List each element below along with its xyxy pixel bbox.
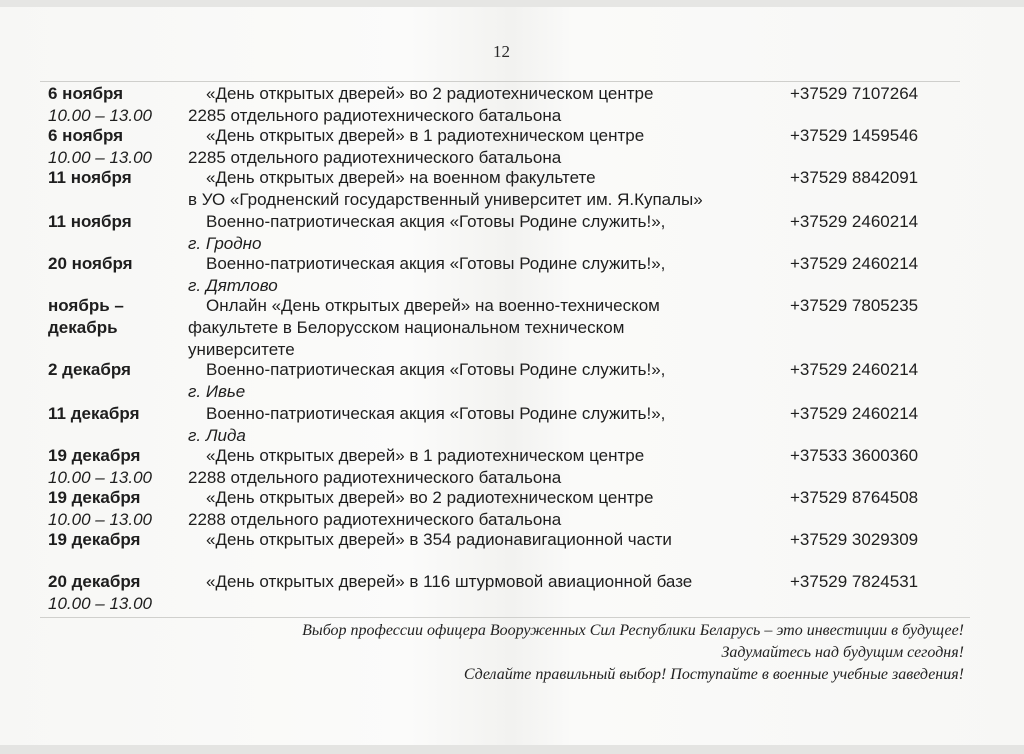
- event-date: декабрь: [48, 318, 118, 338]
- event-phone: +37529 3029309: [790, 530, 918, 550]
- event-date: 19 декабря: [48, 530, 140, 550]
- event-description: факультете в Белорусском национальном те…: [188, 318, 624, 338]
- event-city: г. Дятлово: [188, 276, 278, 296]
- event-phone: +37529 8764508: [790, 488, 918, 508]
- event-phone: +37529 8842091: [790, 168, 918, 188]
- event-description: 2288 отдельного радиотехнического баталь…: [188, 510, 561, 530]
- event-city: г. Гродно: [188, 234, 261, 254]
- event-date: 20 ноября: [48, 254, 133, 274]
- event-description: «День открытых дверей» в 354 радионавига…: [206, 530, 672, 550]
- event-date: 11 ноября: [48, 212, 132, 232]
- event-description: «День открытых дверей» в 1 радиотехничес…: [206, 126, 644, 146]
- event-description: Военно-патриотическая акция «Готовы Роди…: [206, 404, 665, 424]
- event-date: 11 ноября: [48, 168, 132, 188]
- event-description: Военно-патриотическая акция «Готовы Роди…: [206, 212, 665, 232]
- event-description: в УО «Гродненский государственный универ…: [188, 190, 703, 210]
- event-date: 19 декабря: [48, 488, 140, 508]
- event-description: «День открытых дверей» в 1 радиотехничес…: [206, 446, 644, 466]
- event-phone: +37529 7805235: [790, 296, 918, 316]
- event-date: 19 декабря: [48, 446, 140, 466]
- event-date: 2 декабря: [48, 360, 131, 380]
- event-time: 10.00 – 13.00: [48, 148, 152, 168]
- event-date: 6 ноября: [48, 84, 123, 104]
- event-phone: +37529 7824531: [790, 572, 918, 592]
- event-phone: +37529 2460214: [790, 404, 918, 424]
- slogan-line: Задумайтесь над будущим сегодня!: [721, 643, 964, 663]
- slogan-line: Сделайте правильный выбор! Поступайте в …: [464, 665, 964, 685]
- event-time: 10.00 – 13.00: [48, 468, 152, 488]
- event-description: «День открытых дверей» во 2 радиотехниче…: [206, 488, 653, 508]
- event-phone: +37533 3600360: [790, 446, 918, 466]
- event-description: «День открытых дверей» в 116 штурмовой а…: [206, 572, 692, 592]
- event-phone: +37529 2460214: [790, 360, 918, 380]
- event-description: 2285 отдельного радиотехнического баталь…: [188, 106, 561, 126]
- event-description: Военно-патриотическая акция «Готовы Роди…: [206, 360, 665, 380]
- event-description: 2288 отдельного радиотехнического баталь…: [188, 468, 561, 488]
- event-time: 10.00 – 13.00: [48, 510, 152, 530]
- top-divider: [40, 81, 960, 82]
- event-date: ноябрь –: [48, 296, 124, 316]
- event-date: 6 ноября: [48, 126, 123, 146]
- event-time: 10.00 – 13.00: [48, 106, 152, 126]
- event-description: Военно-патриотическая акция «Готовы Роди…: [206, 254, 665, 274]
- slogan-line: Выбор профессии офицера Вооруженных Сил …: [302, 621, 964, 641]
- event-description: Онлайн «День открытых дверей» на военно-…: [206, 296, 660, 316]
- event-time: 10.00 – 13.00: [48, 594, 152, 614]
- scan-top-edge: [0, 0, 1024, 7]
- event-phone: +37529 2460214: [790, 254, 918, 274]
- event-date: 11 декабря: [48, 404, 139, 424]
- scan-bottom-edge: [0, 745, 1024, 754]
- event-phone: +37529 7107264: [790, 84, 918, 104]
- event-description: «День открытых дверей» во 2 радиотехниче…: [206, 84, 653, 104]
- event-date: 20 декабря: [48, 572, 140, 592]
- event-city: г. Ивье: [188, 382, 245, 402]
- event-city: г. Лида: [188, 426, 246, 446]
- page-number: 12: [493, 42, 510, 62]
- event-description: «День открытых дверей» на военном факуль…: [206, 168, 596, 188]
- event-phone: +37529 1459546: [790, 126, 918, 146]
- event-description: университете: [188, 340, 295, 360]
- event-phone: +37529 2460214: [790, 212, 918, 232]
- bottom-divider: [40, 617, 970, 618]
- event-description: 2285 отдельного радиотехнического баталь…: [188, 148, 561, 168]
